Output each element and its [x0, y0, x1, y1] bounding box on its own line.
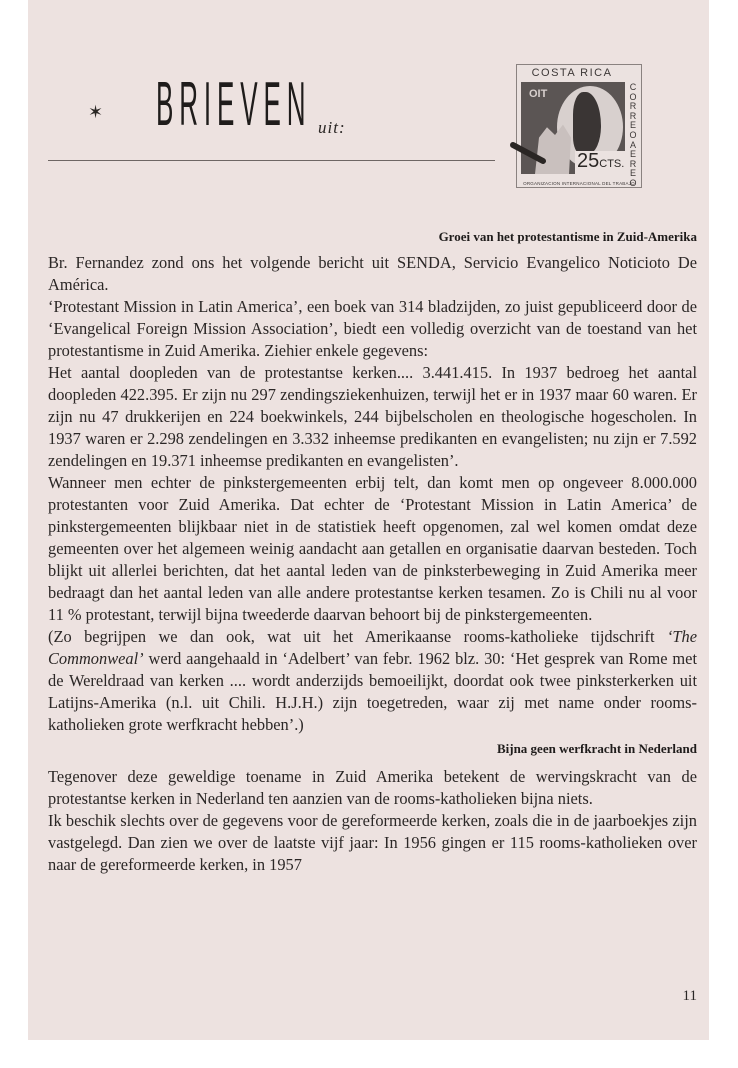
page-number: 11	[48, 988, 697, 1005]
paragraph: Het aantal doopleden van de protestantse…	[48, 362, 697, 472]
quote-text-after: werd aangehaald in ‘Adelbert’ van febr. …	[48, 649, 697, 734]
stamp-country: COSTA RICA	[517, 67, 627, 79]
star-ornament-icon: ✶	[88, 102, 103, 123]
paragraph: Tegenover deze geweldige toename in Zuid…	[48, 766, 697, 810]
document-page: ✶ BRIEVEN uit: COSTA RICA OIT CORREO AER…	[28, 0, 709, 1040]
article-body: Groei van het protestantisme in Zuid-Ame…	[48, 226, 697, 876]
stamp-value: 25CTS.	[575, 151, 626, 174]
paragraph: ‘Protestant Mission in Latin America’, e…	[48, 296, 697, 362]
paragraph: Br. Fernandez zond ons het volgende beri…	[48, 252, 697, 296]
postage-stamp: COSTA RICA OIT CORREO AEREO 25CTS. ORGAN…	[516, 64, 642, 188]
page-header: ✶ BRIEVEN uit: COSTA RICA OIT CORREO AER…	[28, 0, 709, 200]
stamp-airmail-label: CORREO AEREO	[628, 83, 638, 189]
subheading: Bijna geen werfkracht in Nederland	[48, 738, 697, 760]
paragraph: Wanneer men echter de pinkstergemeenten …	[48, 472, 697, 626]
subheading: Groei van het protestantisme in Zuid-Ame…	[48, 226, 697, 248]
section-title: BRIEVEN	[156, 70, 311, 140]
quote-paragraph: (Zo begrijpen we dan ook, wat uit het Am…	[48, 626, 697, 736]
stamp-organization: ORGANIZACION INTERNACIONAL DEL TRABAJO	[519, 181, 639, 186]
workers-figures-icon	[531, 122, 571, 174]
stamp-logo: OIT	[529, 88, 547, 100]
stamp-value-unit: CTS.	[599, 158, 624, 170]
section-title-suffix: uit:	[318, 118, 346, 138]
quote-text-before: (Zo begrijpen we dan ook, wat uit het Am…	[48, 627, 667, 646]
stamp-value-number: 25	[577, 150, 599, 172]
header-rule	[48, 160, 495, 161]
paragraph: Ik beschik slechts over de gegevens voor…	[48, 810, 697, 876]
